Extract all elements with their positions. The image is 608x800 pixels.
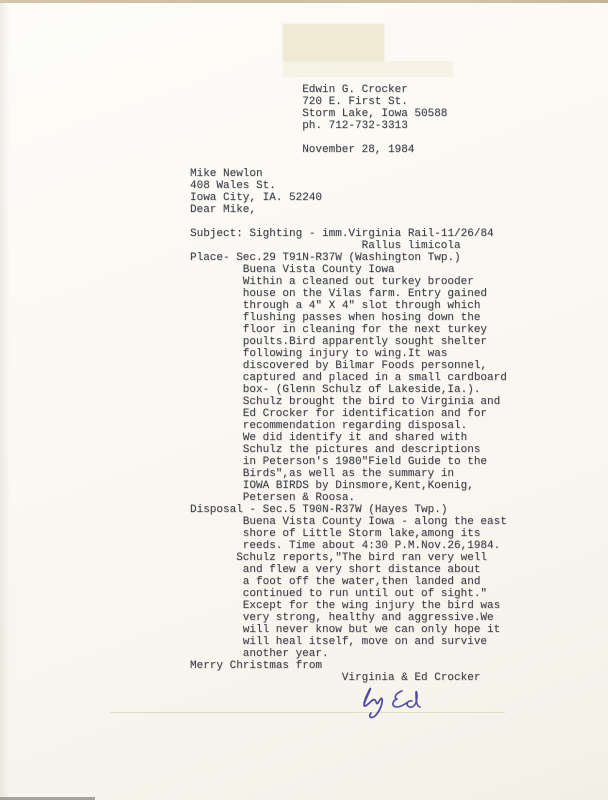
- letter-line: 720 E. First St.: [190, 96, 507, 108]
- scanned-letter: Edwin G. Crocker720 E. First St.Storm La…: [0, 0, 608, 800]
- letter-line: Schulz reports,"The bird ran very well: [190, 552, 507, 564]
- letter-line: Schulz the pictures and descriptions: [190, 444, 507, 456]
- letter-line: November 28, 1984: [190, 144, 507, 156]
- letter-line: in Peterson's 1980"Field Guide to the: [190, 456, 507, 468]
- letter-line: IOWA BIRDS by Dinsmore,Kent,Koenig,: [190, 480, 507, 492]
- letter-line: Rallus limicola: [190, 240, 507, 252]
- letter-line: will never know but we can only hope it: [190, 624, 507, 636]
- letter-line: 408 Wales St.: [190, 180, 507, 192]
- letter-line: Place- Sec.29 T91N-R37W (Washington Twp.…: [190, 252, 507, 264]
- letter-line: Merry Christmas from: [190, 660, 507, 672]
- letter-line: continued to run until out of sight.": [190, 588, 507, 600]
- letter-line: [190, 132, 507, 144]
- letter-line: Within a cleaned out turkey brooder: [190, 276, 507, 288]
- letter-line: Storm Lake, Iowa 50588: [190, 108, 507, 120]
- letter-line: captured and placed in a small cardboard: [190, 372, 507, 384]
- letter-line: through a 4" X 4" slot through which: [190, 300, 507, 312]
- signature-stroke-ed: [393, 691, 420, 707]
- letter-line: floor in cleaning for the next turkey: [190, 324, 507, 336]
- letter-line: following injury to wing.It was: [190, 348, 507, 360]
- letter-line: house on the Vilas farm. Entry gained: [190, 288, 507, 300]
- letter-line: discovered by Bilmar Foods personnel,: [190, 360, 507, 372]
- letter-line: shore of Little Storm lake,among its: [190, 528, 507, 540]
- letter-line: Virginia & Ed Crocker: [190, 672, 507, 684]
- letter-line: Iowa City, IA. 52240: [190, 192, 507, 204]
- letter-line: and flew a very short distance about: [190, 564, 507, 576]
- letter-line: Ed Crocker for identification and for: [190, 408, 507, 420]
- letter-line: Disposal - Sec.5 T90N-R37W (Hayes Twp.): [190, 504, 507, 516]
- letter-line: flushing passes when hosing down the: [190, 312, 507, 324]
- signature-stroke-by: [364, 688, 382, 717]
- letter-line: poults.Bird apparently sought shelter: [190, 336, 507, 348]
- letter-line: recommendation regarding disposal.: [190, 420, 507, 432]
- letter-line: Except for the wing injury the bird was: [190, 600, 507, 612]
- letter-line: Schulz brought the bird to Virginia and: [190, 396, 507, 408]
- letter-line: Petersen & Roosa.: [190, 492, 507, 504]
- letter-body: Edwin G. Crocker720 E. First St.Storm La…: [190, 84, 507, 684]
- letter-line: We did identify it and shared with: [190, 432, 507, 444]
- letter-line: a foot off the water,then landed and: [190, 576, 507, 588]
- signature-ink: [350, 681, 450, 721]
- letter-line: Buena Vista County Iowa - along the east: [190, 516, 507, 528]
- tape-top: [283, 24, 384, 61]
- letter-line: Birds",as well as the summary in: [190, 468, 507, 480]
- letter-line: very strong, healthy and aggressive.We: [190, 612, 507, 624]
- letter-line: Buena Vista County Iowa: [190, 264, 507, 276]
- letter-line: box- (Glenn Schulz of Lakeside,Ia.).: [190, 384, 507, 396]
- letter-line: ph. 712-732-3313: [190, 120, 507, 132]
- letter-line: another year.: [190, 648, 507, 660]
- scan-edge-top: [0, 0, 608, 3]
- letter-line: Mike Newlon: [190, 168, 507, 180]
- letter-line: Subject: Sighting - imm.Virginia Rail-11…: [190, 228, 507, 240]
- letter-line: [190, 156, 507, 168]
- letter-line: will heal itself, move on and survive: [190, 636, 507, 648]
- letter-line: Edwin G. Crocker: [190, 84, 507, 96]
- paper-edge: [283, 61, 453, 77]
- letter-line: Dear Mike,: [190, 204, 507, 216]
- scan-shading: [0, 0, 10, 800]
- letter-line: reeds. Time about 4:30 P.M.Nov.26,1984.: [190, 540, 507, 552]
- letter-line: [190, 216, 507, 228]
